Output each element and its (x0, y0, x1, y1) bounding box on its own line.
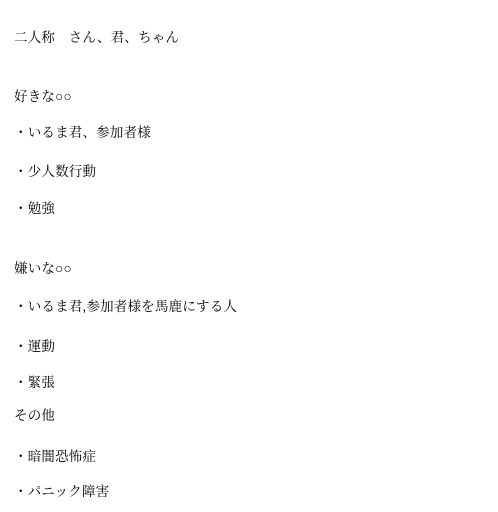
document-page: 二人称 さん、君、ちゃん 好きな○○ ・いるま君、参加者様 ・少人数行動 ・勉強… (0, 0, 498, 512)
other-item: ・パニック障害 (14, 485, 109, 499)
second-person-line: 二人称 さん、君、ちゃん (14, 31, 179, 45)
dislikes-item: ・運動 (14, 340, 55, 354)
dislikes-heading: 嫌いな○○ (14, 262, 72, 276)
other-heading: その他 (14, 409, 55, 423)
likes-item: ・少人数行動 (14, 165, 96, 179)
dislikes-item: ・緊張 (14, 376, 55, 390)
dislikes-item: ・いるま君,参加者様を馬鹿にする人 (14, 300, 237, 314)
other-item: ・暗闇恐怖症 (14, 450, 96, 464)
likes-heading: 好きな○○ (14, 90, 72, 104)
likes-item: ・いるま君、参加者様 (14, 126, 151, 140)
likes-item: ・勉強 (14, 202, 55, 216)
